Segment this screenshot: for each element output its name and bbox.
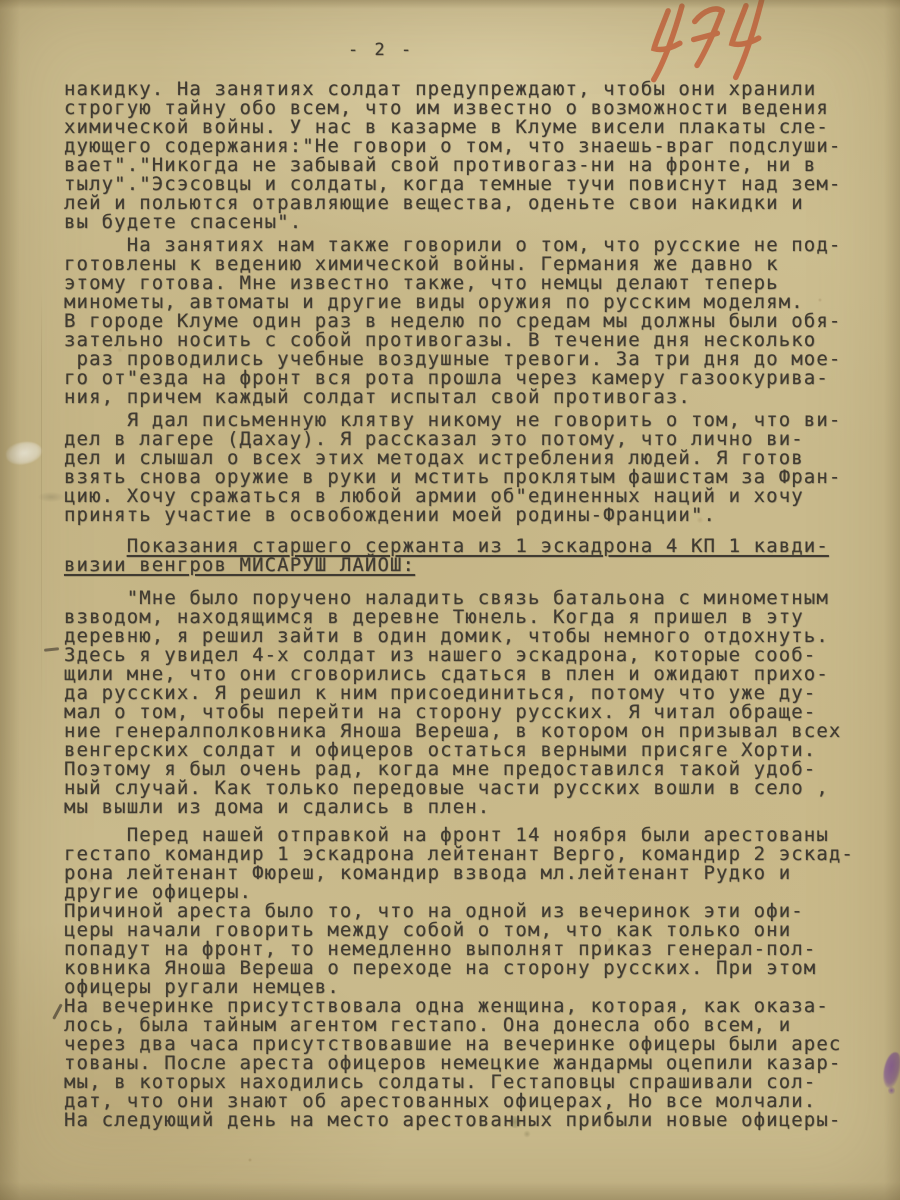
pencil-dash-mark <box>44 647 59 651</box>
heading-line-2: визии венгров МИСАРУШ ЛАЙОШ: <box>64 554 415 576</box>
paper-crease <box>41 290 42 710</box>
paragraph-gestapo-arrests: Перед нашей отправкой на фронт 14 ноября… <box>64 826 874 1130</box>
paragraph-surrender-account: "Мне было поручено наладить связь баталь… <box>64 589 874 817</box>
document-scan-page: - 2 - накидку. На занятиях солдат предуп… <box>0 0 900 1200</box>
paragraph-gas-training: На занятиях нам также говорили о том, чт… <box>64 236 874 407</box>
purple-pencil-dot <box>888 1086 895 1095</box>
paragraph-dachau-oath: Я дал письменную клятву никому не говори… <box>64 411 874 525</box>
page-number: - 2 - <box>348 40 414 60</box>
purple-pencil-smudge <box>882 1051 900 1089</box>
document-body: накидку. На занятиях солдат предупреждаю… <box>64 80 874 1130</box>
testimony-heading: Показания старшего сержанта из 1 эскадро… <box>64 537 874 575</box>
paragraph-chemical-warfare-posters: накидку. На занятиях солдат предупреждаю… <box>64 80 874 232</box>
paper-chip-stain <box>4 438 44 467</box>
pencil-check-mark <box>52 1003 62 1019</box>
